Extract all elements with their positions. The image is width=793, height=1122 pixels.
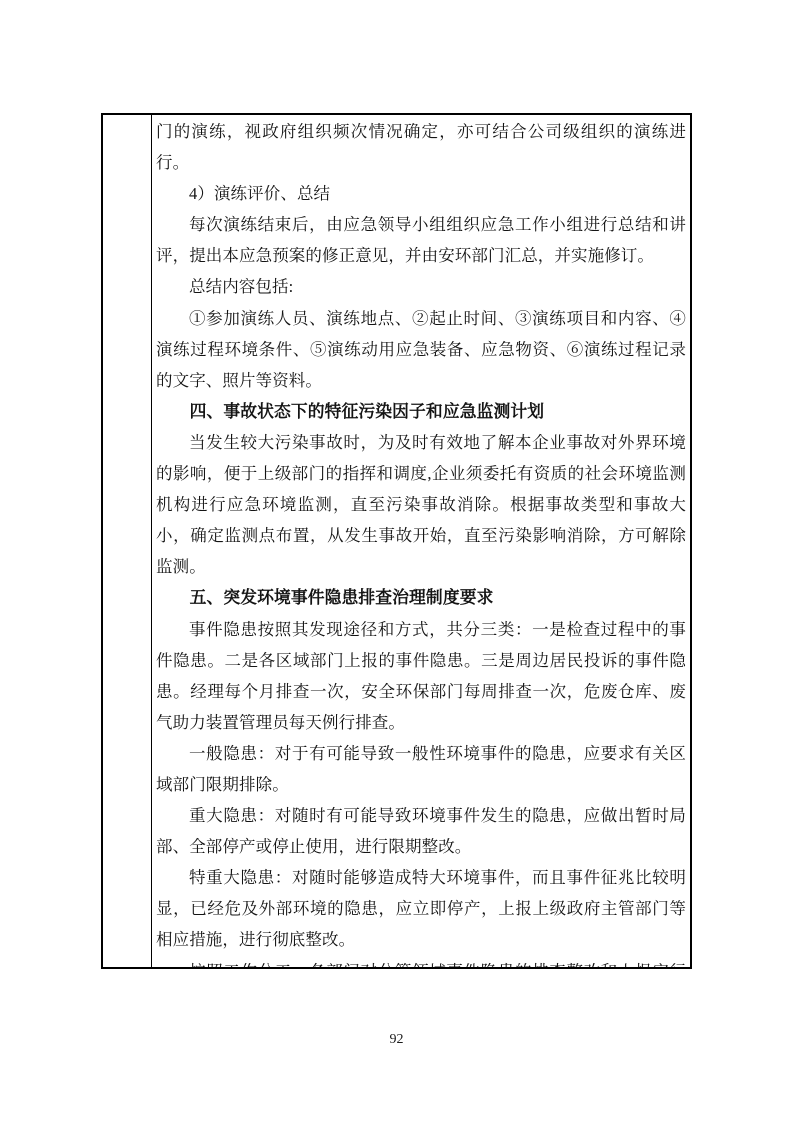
paragraph-general-hazard: 一般隐患：对于有可能导致一般性环境事件的隐患，应要求有关区域部门限期排除。 (156, 738, 686, 800)
paragraph-drill-summary: 每次演练结束后，由应急领导小组组织应急工作小组进行总结和讲评，提出本应急预案的修… (156, 209, 686, 271)
section-heading-4: 四、事故状态下的特征污染因子和应急监测计划 (156, 396, 686, 427)
paragraph-drill-evaluation-title: 4）演练评价、总结 (156, 178, 686, 209)
section-heading-5: 五、突发环境事件隐患排查治理制度要求 (156, 582, 686, 613)
paragraph-hazard-categories: 事件隐患按照其发现途径和方式，共分三类：一是检查过程中的事件隐患。二是各区域部门… (156, 614, 686, 738)
document-page: 门的演练，视政府组织频次情况确定，亦可结合公司级组织的演练进行。 4）演练评价、… (0, 0, 793, 1122)
paragraph-summary-items: ①参加演练人员、演练地点、②起止时间、③演练项目和内容、④演练过程环境条件、⑤演… (156, 303, 686, 396)
paragraph-major-hazard: 重大隐患：对随时有可能导致环境事件发生的隐患，应做出暂时局部、全部停产或停止使用… (156, 800, 686, 862)
document-table: 门的演练，视政府组织频次情况确定，亦可结合公司级组织的演练进行。 4）演练评价、… (101, 113, 692, 969)
paragraph-responsibility-system: 按照工作分工，各部门对分管领域事件隐患的排查整改和上报实行排查整改和上报责任制。 (156, 956, 686, 967)
paragraph-monitoring-plan: 当发生较大污染事故时，为及时有效地了解本企业事故对外界环境的影响，便于上级部门的… (156, 427, 686, 582)
table-left-column (103, 115, 152, 967)
page-number: 92 (0, 1031, 793, 1049)
table-content-cell: 门的演练，视政府组织频次情况确定，亦可结合公司级组织的演练进行。 4）演练评价、… (152, 115, 690, 967)
paragraph-summary-content-label: 总结内容包括: (156, 271, 686, 302)
paragraph-continuation: 门的演练，视政府组织频次情况确定，亦可结合公司级组织的演练进行。 (156, 116, 686, 178)
paragraph-extreme-hazard: 特重大隐患：对随时能够造成特大环境事件，而且事件征兆比较明显，已经危及外部环境的… (156, 862, 686, 955)
